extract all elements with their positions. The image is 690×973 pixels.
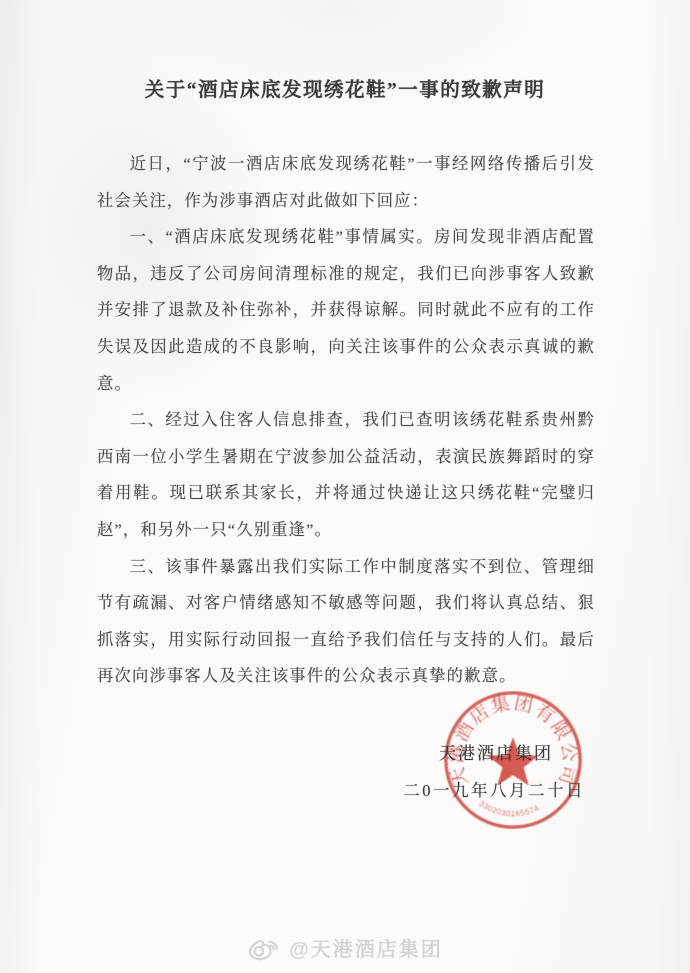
weibo-icon [247, 933, 281, 961]
watermark-text: @天港酒店集团 [289, 933, 443, 962]
paragraph-intro: 近日，“宁波一酒店床底发现绣花鞋”一事经网络传播后引发社会关注，作为涉事酒店对此… [97, 146, 595, 219]
seal-serial-number: 3302030165574 [477, 799, 540, 819]
paragraph-point-2: 二、经过入住客人信息排查，我们已查明该绣花鞋系贵州黔西南一位小学生暑期在宁波参加… [97, 402, 595, 548]
weibo-watermark: @天港酒店集团 [0, 930, 690, 964]
signature-date: 二0一九年八月二十日 [403, 777, 585, 801]
paragraph-point-3: 三、该事件暴露出我们实际工作中制度落实不到位、管理细节有疏漏、对客户情绪感知不敏… [97, 549, 595, 695]
signature-company: 天港酒店集团 [439, 739, 553, 764]
document-page: 关于“酒店床底发现绣花鞋”一事的致歉声明 近日，“宁波一酒店床底发现绣花鞋”一事… [0, 0, 690, 973]
document-title: 关于“酒店床底发现绣花鞋”一事的致歉声明 [0, 74, 690, 102]
paragraph-point-1: 一、“酒店床底发现绣花鞋”事情属实。房间发现非酒店配置物品，违反了公司房间清理标… [97, 219, 595, 402]
document-body: 近日，“宁波一酒店床底发现绣花鞋”一事经网络传播后引发社会关注，作为涉事酒店对此… [97, 146, 595, 695]
